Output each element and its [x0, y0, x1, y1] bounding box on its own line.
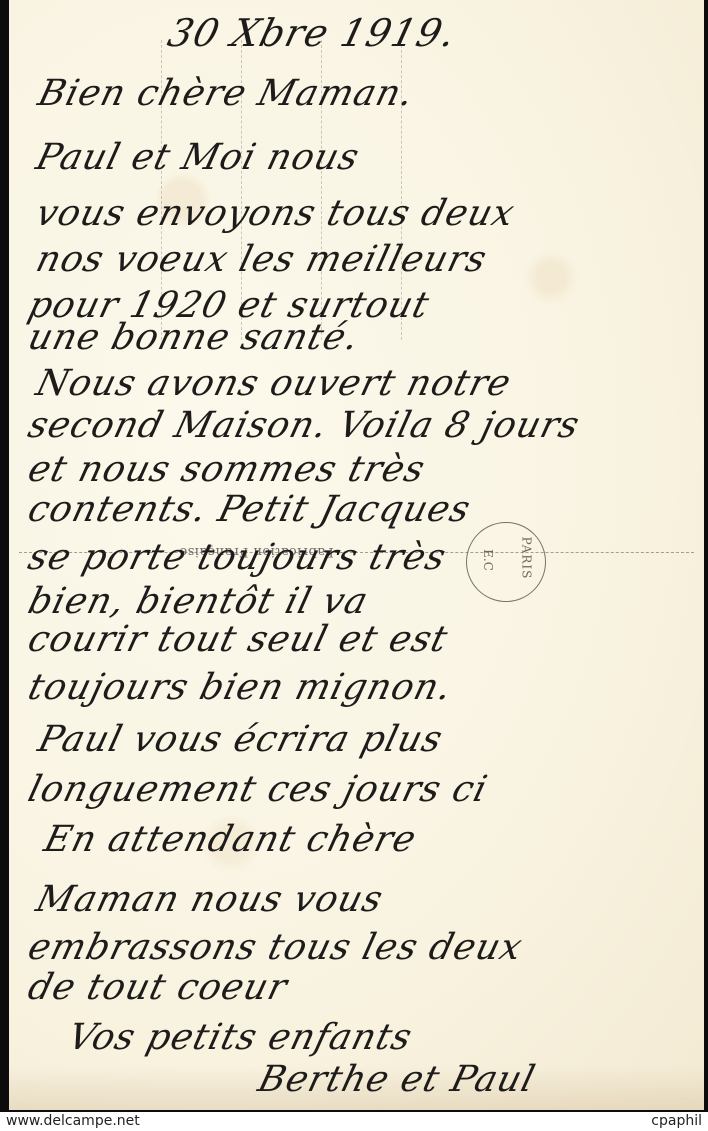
message-line: nos voeux les meilleurs: [33, 242, 491, 278]
seller-watermark: cpaphil: [651, 1113, 702, 1129]
message-line: second Maison. Voila 8 jours: [25, 408, 584, 444]
message-line: vous envoyons tous deux: [33, 196, 519, 232]
handwritten-date: 30 Xbre 1919.: [164, 14, 460, 52]
message-line: Nous avons ouvert notre: [33, 366, 515, 402]
stamp-top-text: E.C: [481, 549, 495, 571]
message-line: Paul et Moi nous: [33, 140, 363, 176]
message-line: longuement ces jours ci: [25, 772, 492, 808]
message-line: bien, bientôt il va: [25, 584, 372, 620]
message-line: Paul vous écrira plus: [35, 722, 447, 758]
postcard: Fabrication Française E.C PARIS 30 Xbre …: [9, 0, 704, 1110]
postmark-stamp: E.C PARIS: [466, 522, 546, 602]
message-line: et nous sommes très: [25, 452, 429, 488]
watermark-bar: www.delcampe.net cpaphil: [0, 1112, 708, 1131]
closing-line: Vos petits enfants: [65, 1020, 416, 1056]
stamp-bottom-text: PARIS: [519, 537, 533, 580]
message-line: contents. Petit Jacques: [25, 492, 475, 528]
message-line: se porte toujours très: [25, 540, 450, 576]
message-line: une bonne santé.: [25, 320, 363, 356]
message-line: Maman nous vous: [33, 882, 387, 918]
greeting: Bien chère Maman.: [35, 76, 418, 112]
message-line: embrassons tous les deux: [25, 930, 527, 966]
message-line: courir tout seul et est: [25, 622, 452, 658]
message-line: toujours bien mignon.: [25, 670, 456, 706]
site-watermark: www.delcampe.net: [6, 1113, 140, 1129]
message-line: de tout coeur: [25, 970, 292, 1006]
message-line: En attendant chère: [41, 822, 421, 858]
signature: Berthe et Paul: [255, 1062, 539, 1098]
